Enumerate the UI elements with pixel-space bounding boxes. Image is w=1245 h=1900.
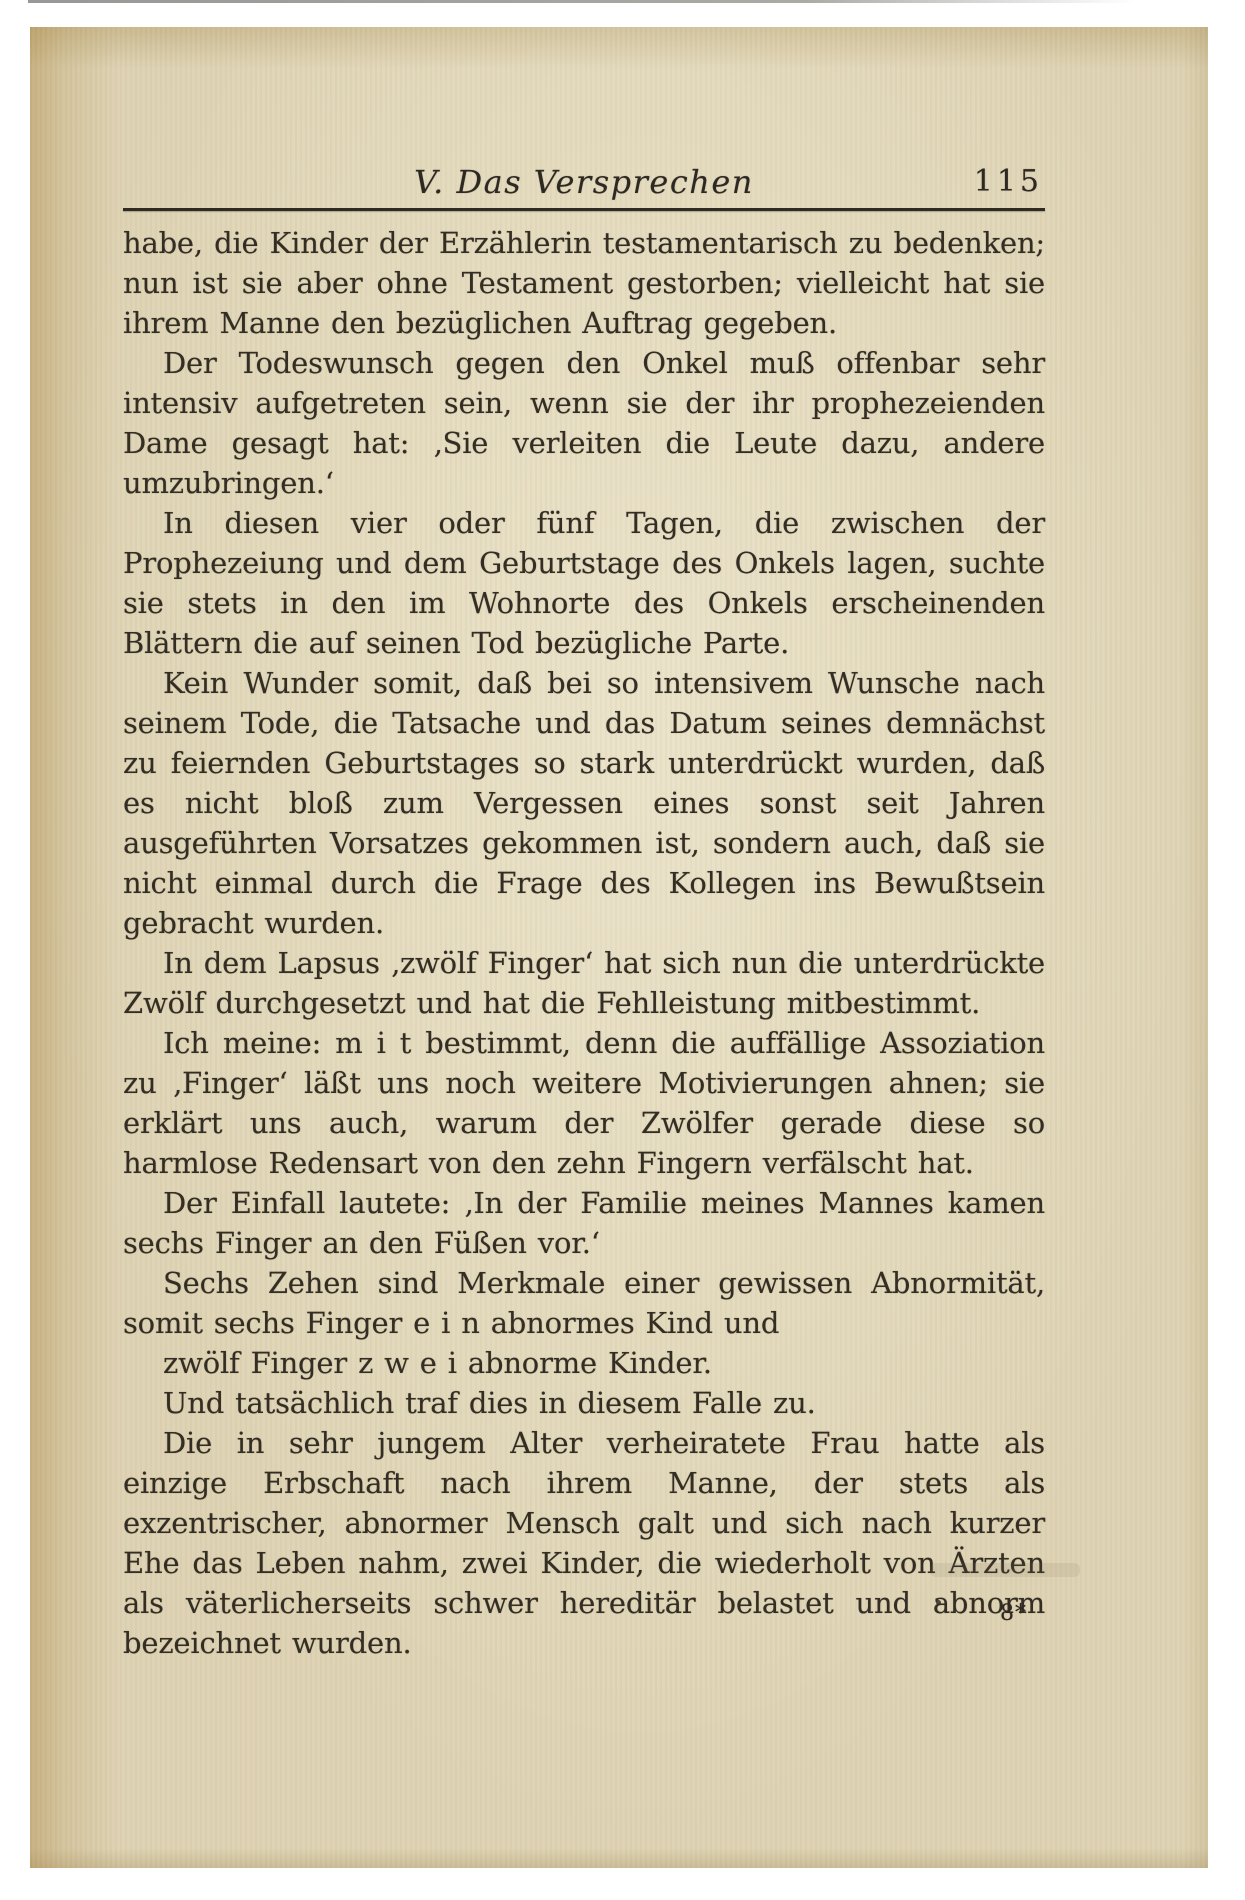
paragraph: In dem Lapsus ‚zwölf Finger‘ hat sich nu… xyxy=(123,943,1045,1023)
print-bleedthrough-smudge xyxy=(930,1563,1080,1577)
book-page: V. Das Versprechen 115 habe, die Kinder … xyxy=(30,27,1208,1868)
paragraph: Und tatsächlich traf dies in diesem Fall… xyxy=(123,1383,1045,1423)
paragraph: Ich meine: m i t bestimmt, denn die auff… xyxy=(123,1023,1045,1183)
signature-mark: 8* xyxy=(1000,1601,1027,1626)
ink-speck xyxy=(936,1600,941,1605)
paragraph: Der Todeswunsch gegen den Onkel muß offe… xyxy=(123,343,1045,503)
paragraph: habe, die Kinder der Erzählerin testamen… xyxy=(123,223,1045,343)
paragraph: Der Einfall lautete: ‚In der Familie mei… xyxy=(123,1183,1045,1263)
paragraph: Die in sehr jungem Alter verheiratete Fr… xyxy=(123,1423,1045,1663)
header-rule xyxy=(123,208,1045,211)
paragraph: In diesen vier oder fünf Tagen, die zwis… xyxy=(123,503,1045,663)
scan-artifact-line xyxy=(28,0,1136,3)
paragraph: zwölf Finger z w e i abnorme Kinder. xyxy=(123,1343,1045,1383)
paragraph: Sechs Zehen sind Merkmale einer gewissen… xyxy=(123,1263,1045,1343)
page-number: 115 xyxy=(974,164,1043,199)
scanned-book-page-screenshot: V. Das Versprechen 115 habe, die Kinder … xyxy=(0,0,1245,1900)
page-header: V. Das Versprechen 115 xyxy=(123,163,1045,207)
text-block: habe, die Kinder der Erzählerin testamen… xyxy=(123,223,1045,1663)
running-title: V. Das Versprechen xyxy=(123,163,1045,201)
paragraph: Kein Wunder somit, daß bei so intensivem… xyxy=(123,663,1045,943)
